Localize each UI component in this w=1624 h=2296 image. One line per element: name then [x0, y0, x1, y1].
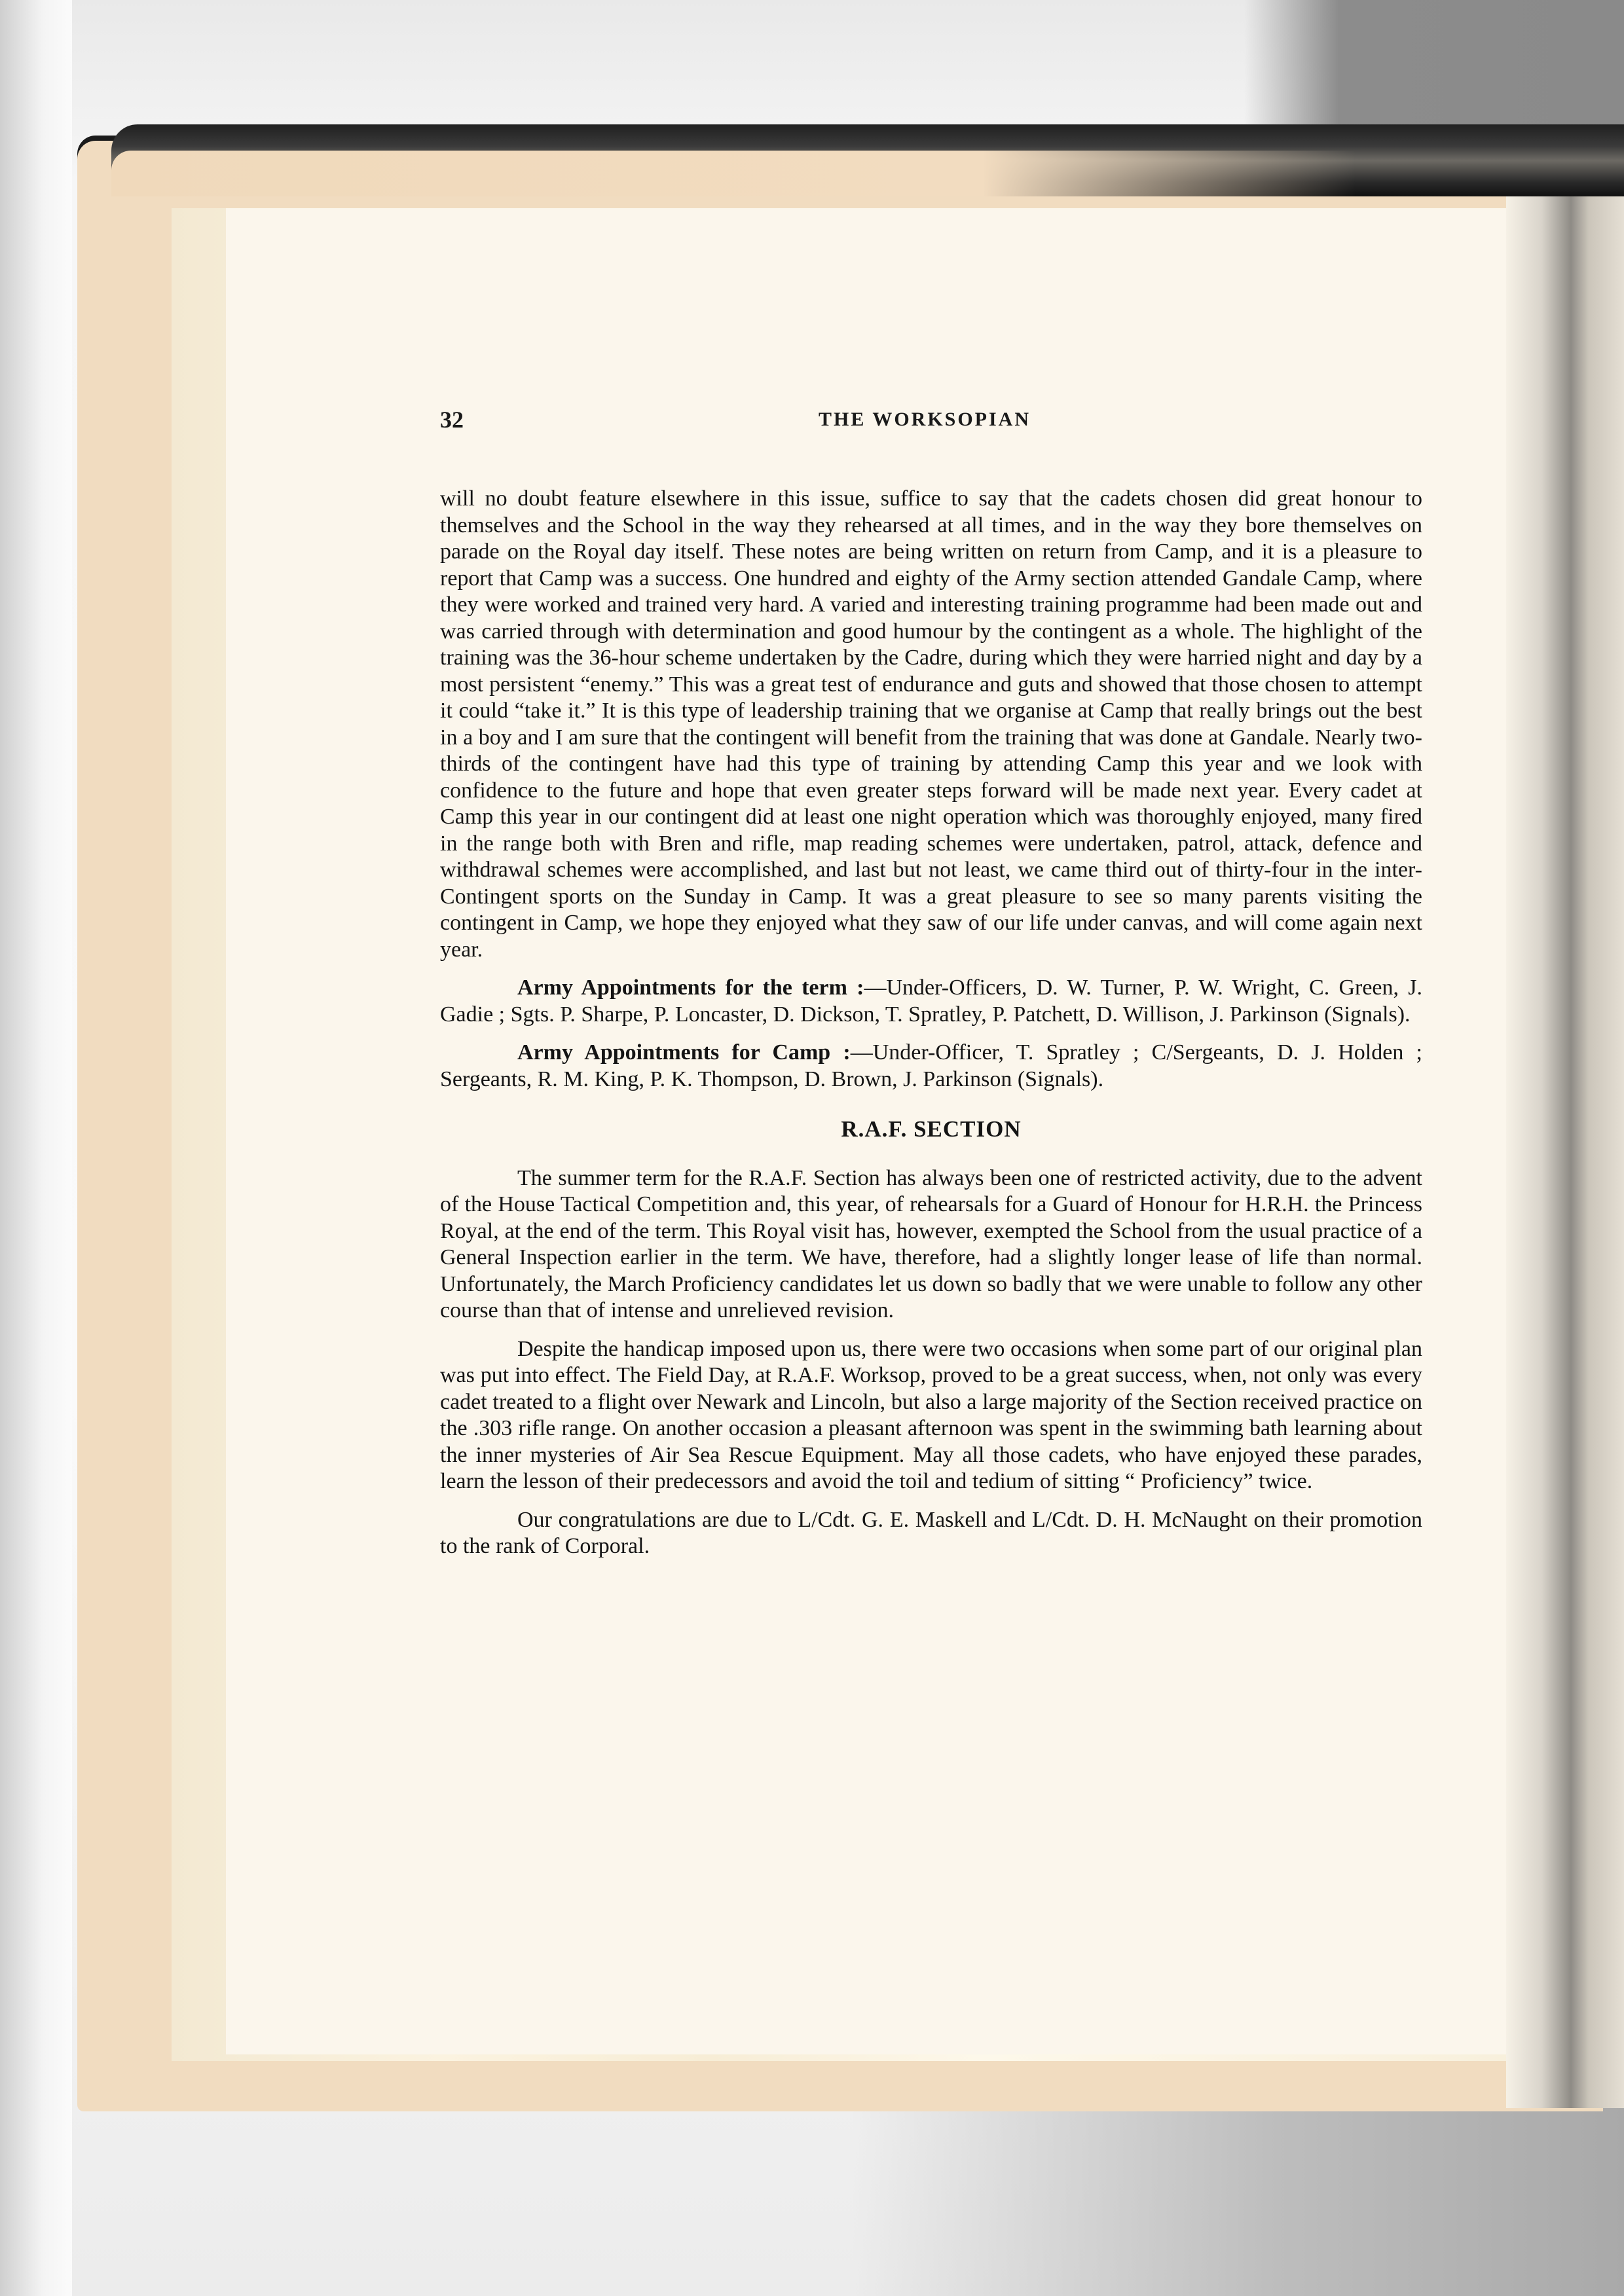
continuation-paragraph: will no doubt feature elsewhere in this …: [440, 486, 1422, 963]
running-header: 32 THE WORKSOPIAN: [427, 406, 1422, 439]
article-body: will no doubt feature elsewhere in this …: [440, 486, 1422, 1560]
army-term-appointments: Army Appointments for the term :—Under-O…: [440, 975, 1422, 1028]
book-cover-top-edge: [111, 151, 1356, 196]
scanner-backdrop-left: [0, 0, 72, 2296]
raf-paragraph-3: Our congratulations are due to L/Cdt. G.…: [440, 1507, 1422, 1560]
raf-paragraph-1: The summer term for the R.A.F. Section h…: [440, 1165, 1422, 1324]
page-gutter-fold: [1506, 196, 1624, 2108]
army-camp-lead: Army Appointments for Camp :: [517, 1040, 851, 1065]
raf-paragraph-2: Despite the handicap imposed upon us, th…: [440, 1336, 1422, 1495]
raf-section-heading: R.A.F. SECTION: [440, 1116, 1422, 1143]
army-term-lead: Army Appointments for the term :: [517, 975, 864, 1000]
scanner-backdrop-bottom-right: [851, 2108, 1624, 2296]
army-camp-appointments: Army Appointments for Camp :—Under-Offic…: [440, 1040, 1422, 1093]
journal-title: THE WORKSOPIAN: [427, 409, 1422, 431]
